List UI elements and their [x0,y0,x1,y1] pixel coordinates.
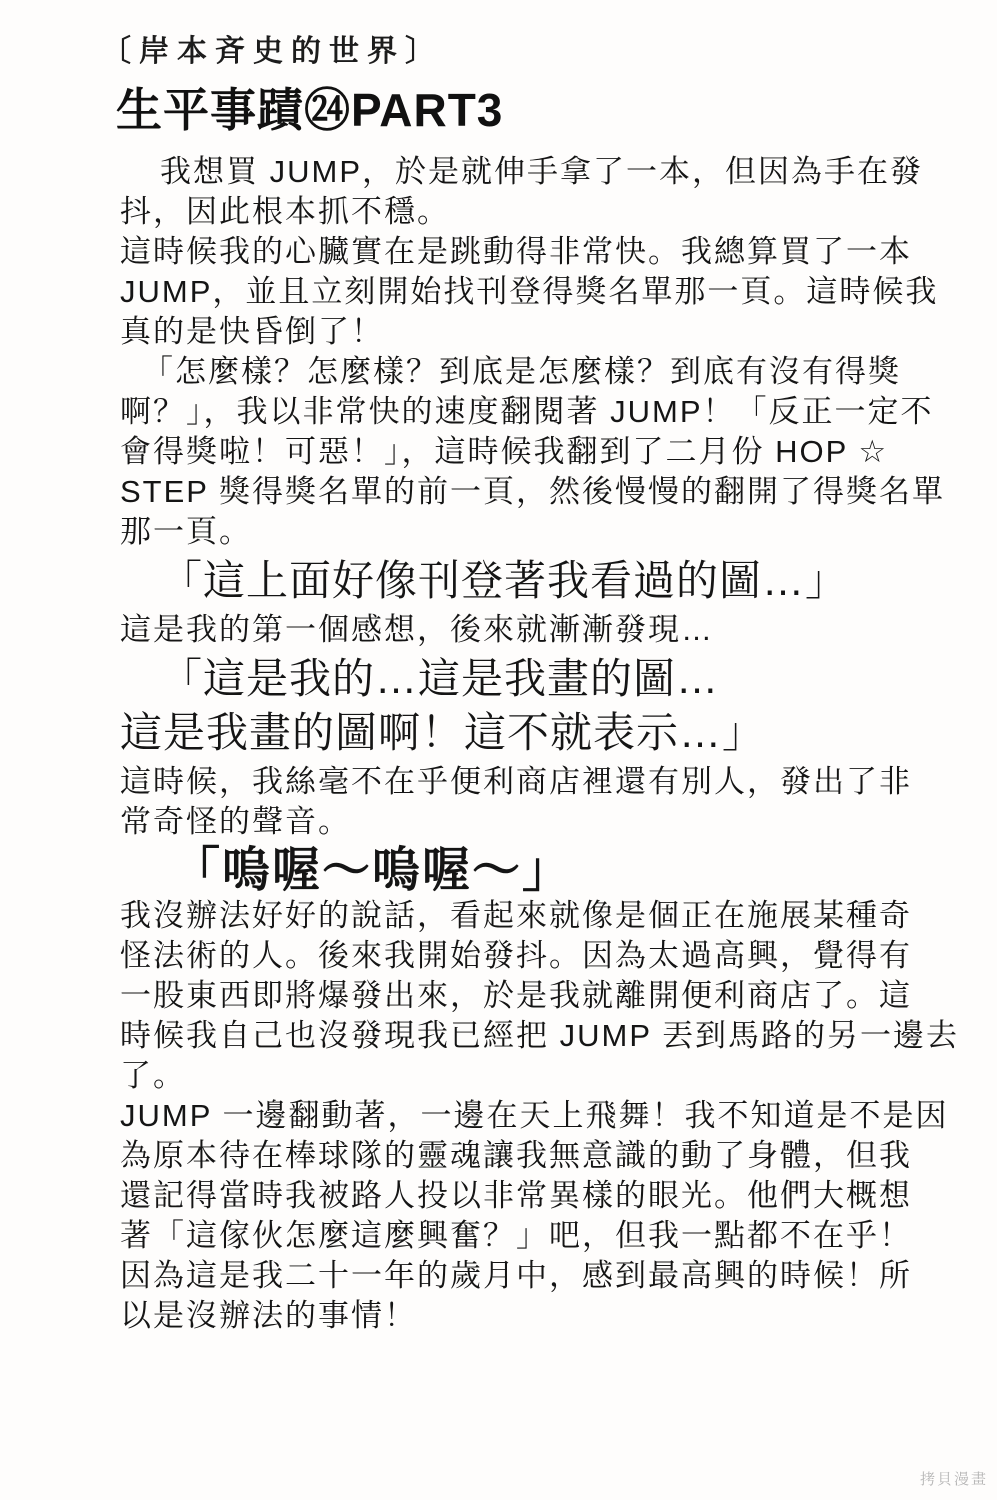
text-line: 我想買 JUMP，於是就伸手拿了一本，但因為手在發 [120,152,926,192]
text-line: 啊？」，我以非常快的速度翻閱著 JUMP！「反正一定不 [120,392,926,432]
text-line: 這時候，我絲毫不在乎便利商店裡還有別人，發出了非 [120,762,926,802]
text-line: 著「這傢伙怎麼這麼興奮？」吧，但我一點都不在乎！ [120,1216,926,1256]
text-line: STEP 獎得獎名單的前一頁，然後慢慢的翻開了得獎名單 [120,472,926,512]
text-line: 這是我的第一個感想，後來就漸漸發現… [120,610,926,650]
text-line: 我沒辦法好好的說話，看起來就像是個正在施展某種奇 [120,896,926,936]
text-line: 常奇怪的聲音。 [120,802,926,842]
text-line: 為原本待在棒球隊的靈魂讓我無意識的動了身體，但我 [120,1136,926,1176]
scanlation-watermark: 拷貝漫畫 [920,1468,988,1489]
shout-quote-line: 「嗚喔～嗚喔～」 [120,846,926,896]
text-line: 一股東西即將爆發出來，於是我就離開便利商店了。這 [120,976,926,1016]
text-line: 真的是快昏倒了！ [120,312,926,352]
text-line: 了。 [120,1056,926,1096]
text-line: 因為這是我二十一年的歲月中，感到最高興的時候！所 [120,1256,926,1296]
series-header: 〔岸本斉史的世界〕 [101,26,443,70]
text-line: 還記得當時我被路人投以非常異樣的眼光。他們大概想 [120,1176,926,1216]
text-line: 會得獎啦！可惡！」，這時候我翻到了二月份 HOP ☆ [120,432,926,472]
emphasis-quote-line: 「這是我的…這是我畫的圖… [120,654,926,704]
manga-text-page: 〔岸本斉史的世界〕 生平事蹟㉔PART3 我想買 JUMP，於是就伸手拿了一本，… [0,0,997,1500]
text-line: 以是沒辦法的事情！ [120,1296,926,1336]
text-line: JUMP，並且立刻開始找刊登得獎名單那一頁。這時候我 [120,272,926,312]
text-line: 時候我自己也沒發現我已經把 JUMP 丟到馬路的另一邊去 [120,1016,926,1056]
text-line: 那一頁。 [120,512,926,552]
text-line: 怪法術的人。後來我開始發抖。因為太過高興，覺得有 [120,936,926,976]
text-line: 「怎麼樣？怎麼樣？到底是怎麼樣？到底有沒有得獎 [120,352,926,392]
emphasis-quote-line: 這是我畫的圖啊！這不就表示…」 [120,708,926,758]
emphasis-quote-line: 「這上面好像刊登著我看過的圖…」 [120,556,926,606]
text-line: 抖，因此根本抓不穩。 [120,192,926,232]
text-line: 這時候我的心臟實在是跳動得非常快。我總算買了一本 [120,232,926,272]
text-line: JUMP 一邊翻動著，一邊在天上飛舞！我不知道是不是因 [120,1096,926,1136]
page-title: 生平事蹟㉔PART3 [116,74,503,140]
text-column: 我想買 JUMP，於是就伸手拿了一本，但因為手在發 抖，因此根本抓不穩。 這時候… [120,150,926,1336]
